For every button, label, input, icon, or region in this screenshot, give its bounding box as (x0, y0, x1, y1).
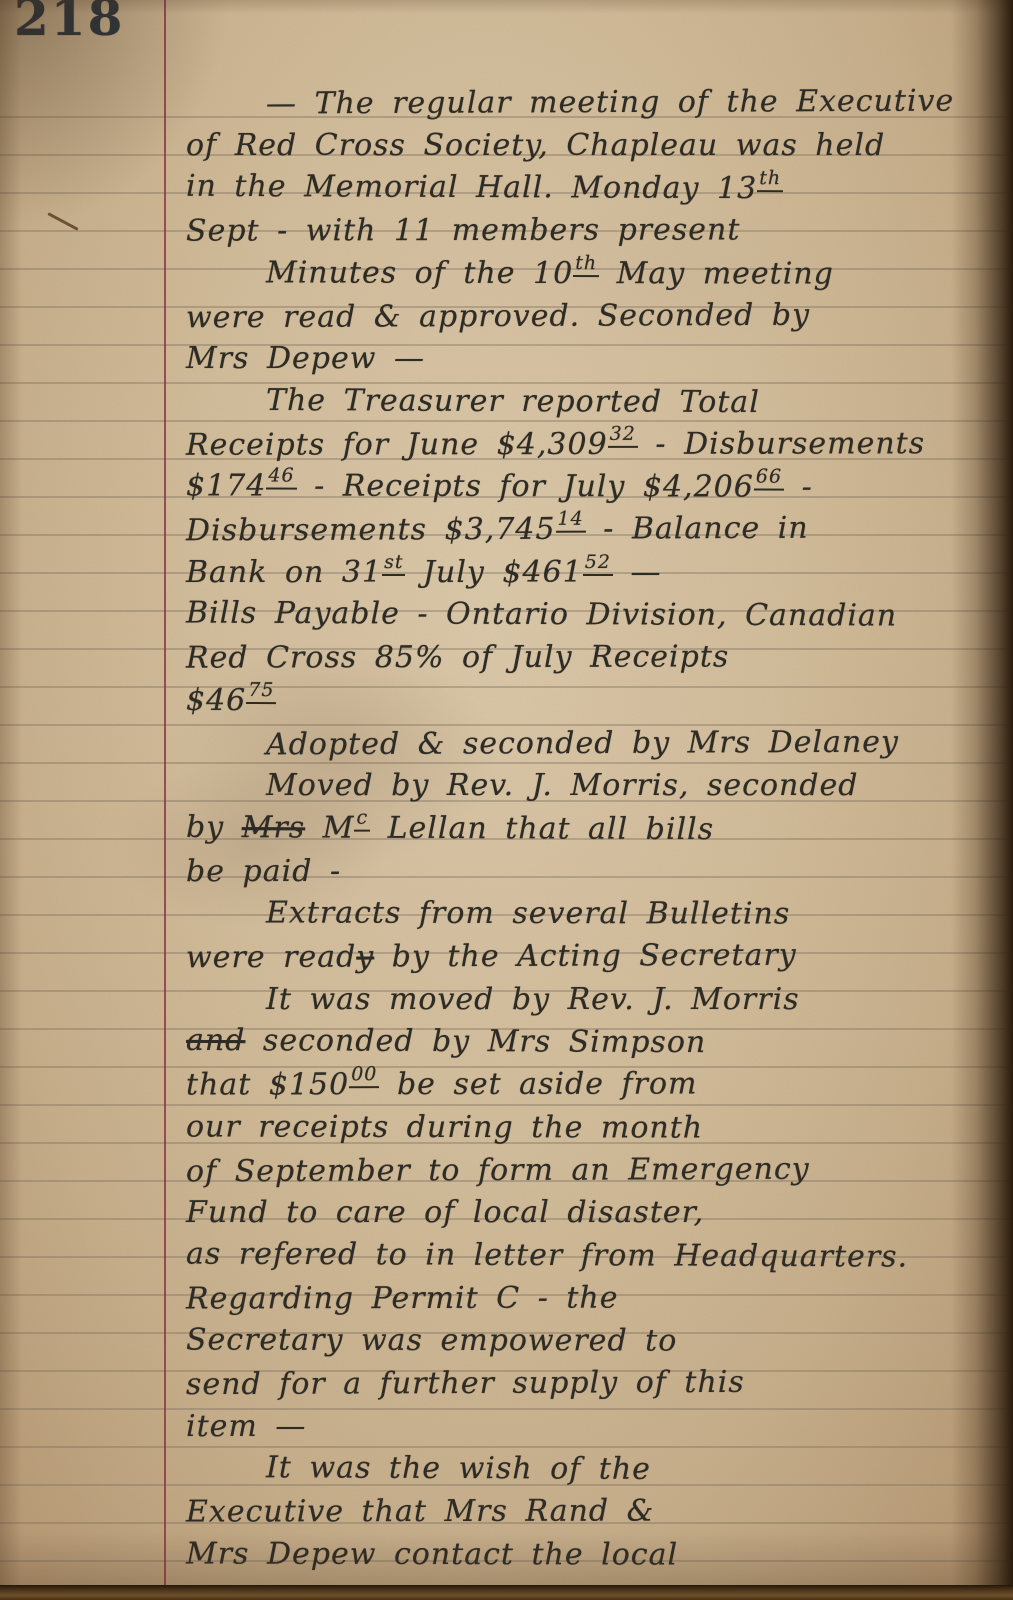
handwritten-line: Adopted & seconded by Mrs Delaney (266, 724, 899, 762)
handwritten-line: Disbursements $3,74514 - Balance in (186, 511, 809, 549)
handwritten-line: $17446 - Receipts for July $4,20666 - (186, 469, 813, 505)
handwritten-line: Moved by Rev. J. Morris, seconded (266, 768, 859, 803)
handwritten-line: Secretary was empowered to (186, 1323, 677, 1359)
handwritten-line: Minutes of the 10th May meeting (266, 255, 834, 291)
ledger-page: 218 — The regular meeting of the Executi… (0, 0, 1013, 1600)
handwritten-line: Red Cross 85% of July Receipts (186, 640, 729, 676)
handwritten-line: as refered to in letter from Headquarter… (186, 1236, 908, 1274)
handwritten-line: of September to form an Emergency (186, 1151, 810, 1189)
superscript: 46 (266, 467, 296, 490)
handwritten-line: Regarding Permit C - the (186, 1280, 619, 1316)
handwritten-line: Bills Payable - Ontario Division, Canadi… (186, 596, 897, 634)
handwritten-line: — The regular meeting of the Executive (266, 84, 954, 122)
handwritten-line: Sept - with 11 members present (186, 213, 740, 249)
superscript: 14 (555, 510, 585, 533)
handwritten-line: our receipts during the month (186, 1109, 703, 1145)
superscript: 66 (754, 468, 784, 491)
struck-out-word: and (186, 1023, 246, 1058)
handwritten-line: Receipts for June $4,30932 - Disbursemen… (186, 426, 925, 463)
handwritten-line: It was the wish of the (266, 1451, 651, 1488)
superscript: 00 (349, 1065, 379, 1088)
superscript: 52 (583, 553, 613, 576)
handwritten-line: Mrs Depew contact the local (186, 1536, 678, 1572)
struck-out-word: y (356, 939, 374, 974)
handwritten-text: — The regular meeting of the Executiveof… (0, 0, 1013, 1600)
handwritten-line: The Treasurer reported Total (266, 383, 760, 420)
handwritten-line: were read & approved. Seconded by (186, 297, 810, 335)
handwritten-line: Mrs Depew — (186, 341, 425, 376)
struck-out-word: Mrs (242, 810, 306, 845)
handwritten-line: Extracts from several Bulletins (266, 896, 790, 932)
handwritten-line: that $15000 be set aside from (186, 1067, 698, 1103)
handwritten-line: of Red Cross Society, Chapleau was held (186, 128, 885, 163)
handwritten-line: Bank on 31st July $46152 — (186, 555, 662, 590)
handwritten-line: send for a further supply of this (186, 1365, 745, 1402)
book-binding-edge (0, 1585, 1013, 1600)
handwritten-line: item — (186, 1409, 306, 1444)
handwritten-line: Fund to care of local disaster, (186, 1195, 704, 1230)
superscript: st (382, 553, 405, 576)
handwritten-line: $4675 (186, 683, 277, 718)
handwritten-line: It was moved by Rev. J. Morris (266, 982, 800, 1017)
handwritten-line: in the Memorial Hall. Monday 13th (186, 169, 783, 207)
handwritten-line: Executive that Mrs Rand & (186, 1494, 654, 1530)
superscript: 32 (608, 424, 638, 447)
handwritten-line: were ready by the Acting Secretary (186, 938, 797, 976)
handwritten-line: by Mrs Mc Lellan that all bills (186, 810, 714, 847)
superscript: c (354, 808, 370, 831)
superscript: 75 (246, 681, 276, 704)
handwritten-line: and seconded by Mrs Simpson (186, 1023, 706, 1060)
handwritten-line: be paid - (186, 853, 341, 888)
superscript: th (757, 170, 783, 193)
superscript: th (573, 254, 599, 277)
